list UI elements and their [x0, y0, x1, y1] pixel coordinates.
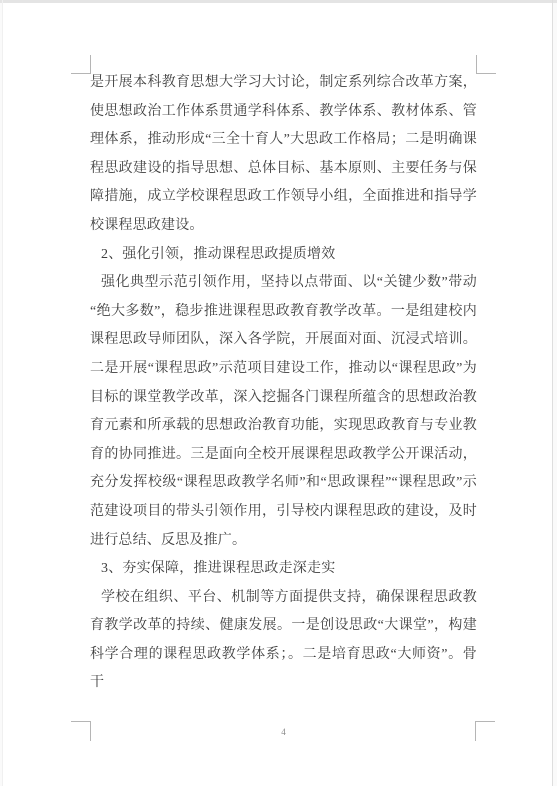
body-paragraph-continuation[interactable]: 是开展本科教育思想大学习大讨论，制定系列综合改革方案，使思想政治工作体系贯通学科… [90, 69, 477, 241]
text-boundary-mark-bottom-right-icon [475, 721, 495, 741]
document-page[interactable]: 是开展本科教育思想大学习大讨论，制定系列综合改革方案，使思想政治工作体系贯通学科… [3, 3, 552, 786]
text-boundary-mark-bottom-left-icon [71, 721, 91, 741]
body-paragraph-section-3[interactable]: 学校在组织、平台、机制等方面提供支持，确保课程思政教育教学改革的持续、健康发展。… [90, 584, 477, 698]
document-text-area[interactable]: 是开展本科教育思想大学习大讨论，制定系列综合改革方案，使思想政治工作体系贯通学科… [90, 69, 477, 698]
page-number: 4 [90, 725, 477, 739]
section-heading-2[interactable]: 2、强化引领，推动课程思政提质增效 [90, 241, 477, 270]
body-paragraph-section-2[interactable]: 强化典型示范引领作用，坚持以点带面、以“关键少数”带动“绝大多数”，稳步推进课程… [90, 269, 477, 555]
section-heading-3[interactable]: 3、夯实保障，推进课程思政走深走实 [90, 555, 477, 584]
text-boundary-mark-top-left-icon [71, 55, 91, 74]
page-right-edge [552, 0, 553, 786]
text-boundary-mark-top-right-icon [476, 55, 496, 74]
